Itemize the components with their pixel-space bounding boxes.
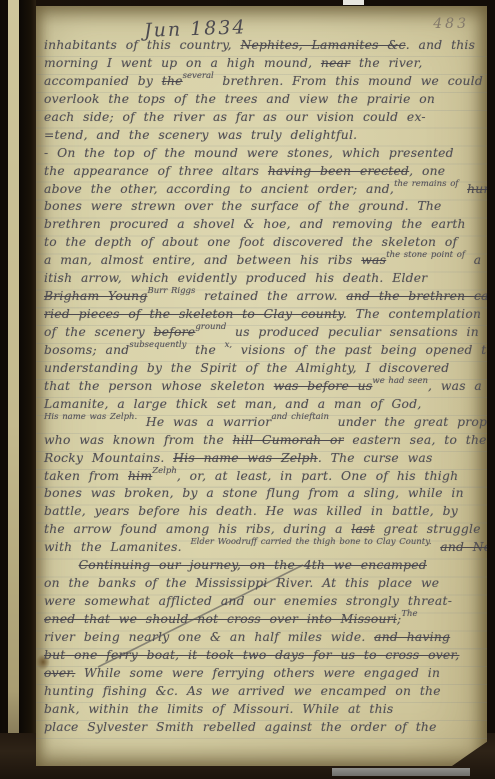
handwritten-text: bank, within the limits of Missouri. Whi… — [44, 702, 394, 716]
struck-text: over. — [44, 666, 75, 680]
manuscript-line: above the other, according to ancient or… — [44, 181, 482, 199]
handwritten-text: on the banks of the Mississippi River. A… — [44, 576, 439, 590]
manuscript-line: hunting fishing &c. As we arrived we enc… — [44, 683, 482, 701]
struck-text: near — [321, 56, 350, 70]
manuscript-line: river being nearly one & an half miles w… — [44, 629, 482, 647]
struck-text: and the brethren carr- — [346, 289, 495, 303]
struck-text: ried pieces of the skeleton to Clay coun… — [44, 307, 343, 321]
manuscript-line: taken from himZelph, or, at least, in pa… — [44, 468, 482, 486]
handwritten-text: the river, — [350, 56, 422, 70]
adjacent-page-edge — [8, 0, 19, 768]
handwritten-text: bosoms; and — [44, 343, 129, 357]
handwritten-text: the appearance of three altars — [44, 164, 268, 178]
manuscript-line: =tend, and the scenery was truly delight… — [44, 127, 482, 145]
handwritten-text: place Sylvester Smith rebelled against t… — [44, 720, 437, 734]
interlinear-insertion: The — [401, 606, 417, 624]
struck-text: and having — [374, 630, 450, 644]
interlinear-insertion: subsequently — [129, 337, 186, 355]
interlinear-insertion: His name was Zelph. — [44, 409, 137, 427]
handwritten-text — [432, 540, 441, 554]
manuscript-line: place Sylvester Smith rebelled against t… — [44, 719, 482, 737]
struck-text: hill Cumorah or — [233, 433, 344, 447]
manuscript-line: inhabitants of this country, Nephites, L… — [44, 37, 482, 55]
handwritten-text: =tend, and the scenery was truly delight… — [44, 128, 357, 142]
handwritten-text — [44, 558, 79, 572]
struck-text: but one ferry boat, it took two days for… — [44, 648, 459, 662]
manuscript-line: a man, almost entire, and between his ri… — [44, 252, 482, 270]
interlinear-insertion: Elder Woodruff carried the thigh bone to… — [190, 534, 431, 552]
handwritten-text: who was known from the — [44, 433, 233, 447]
handwritten-text: eastern sea, to the — [344, 433, 487, 447]
handwritten-text: retained the arrow. — [195, 289, 346, 303]
manuscript-line: who was known from the hill Cumorah or e… — [44, 432, 482, 450]
manuscript-body: inhabitants of this country, Nephites, L… — [44, 37, 482, 737]
handwritten-text: that the person whose skeleton — [44, 379, 274, 393]
manuscript-line: bones was broken, by a stone flung from … — [44, 485, 482, 503]
struck-text: was — [361, 253, 386, 267]
manuscript-line: bosoms; andsubsequently the x, visions o… — [44, 342, 482, 360]
handwritten-text: . The contemplation — [343, 307, 481, 321]
struck-text: having been erected — [268, 164, 409, 178]
handwritten-text: , or, at least, in part. One of his thig… — [177, 469, 458, 483]
handwritten-text: each side; of the river as far as our vi… — [44, 110, 426, 124]
struck-text: Brigham Young — [44, 289, 147, 303]
handwritten-text: inhabitants of this country, — [44, 38, 240, 52]
interlinear-insertion: Burr Riggs — [147, 283, 195, 301]
handwritten-text: above the other, according to ancient or… — [44, 182, 394, 196]
manuscript-line: but one ferry boat, it took two days for… — [44, 647, 482, 665]
handwritten-text: overlook the tops of the trees and view … — [44, 92, 435, 106]
page-number: 483 — [433, 16, 469, 32]
handwritten-text: battle, years before his death. He was k… — [44, 504, 458, 518]
handwritten-text: hunting fishing &c. As we arrived we enc… — [44, 684, 441, 698]
handwritten-text: itish arrow, which evidently produced hi… — [44, 271, 427, 285]
handwritten-text: . The curse was — [318, 451, 433, 465]
manuscript-line: Continuing our journey, on the 4th we en… — [44, 557, 482, 575]
manuscript-line: itish arrow, which evidently produced hi… — [44, 270, 482, 288]
bottom-table-edge — [332, 768, 470, 776]
manuscript-line: Brigham YoungBurr Riggs retained the arr… — [44, 288, 482, 306]
struck-text: Nephites, Lamanites &c — [240, 38, 405, 52]
handwritten-text: brethren. From this mound we could — [214, 74, 483, 88]
manuscript-line: ened that we should not cross over into … — [44, 611, 482, 629]
handwritten-text: a man, almost entire, and between his ri… — [44, 253, 361, 267]
handwritten-text: While some were ferrying others were eng… — [75, 666, 440, 680]
handwritten-text: taken from — [44, 469, 128, 483]
manuscript-line: His name was Zelph. He was a warriorand … — [44, 414, 482, 432]
handwritten-text: accompanied by — [44, 74, 162, 88]
manuscript-line: morning I went up on a high mound, near … — [44, 55, 482, 73]
manuscript-line: that the person whose skeleton was befor… — [44, 378, 482, 396]
manuscript-line: accompanied by theseveral brethren. From… — [44, 73, 482, 91]
manuscript-line: of the scenery beforeground us produced … — [44, 324, 482, 342]
manuscript-line: ried pieces of the skeleton to Clay coun… — [44, 306, 482, 324]
top-paper-notch — [343, 0, 364, 5]
manuscript-line: with the Lamanites. Elder Woodruff carri… — [44, 539, 482, 557]
handwritten-text: brethren procured a shovel & hoe, and re… — [44, 217, 466, 231]
handwritten-text: river being nearly one & an half miles w… — [44, 630, 374, 644]
handwritten-text: under the great prophet Onandagus, — [329, 415, 495, 429]
manuscript-line: Rocky Mountains. His name was Zelph. The… — [44, 450, 482, 468]
interlinear-insertion: the remains of — [394, 176, 458, 194]
manuscript-line: on the banks of the Mississippi River. A… — [44, 575, 482, 593]
struck-text: Continuing our journey, on the 4th we en… — [79, 558, 427, 572]
manuscript-line: over. While some were ferrying others we… — [44, 665, 482, 683]
interlinear-insertion: the stone point of — [386, 247, 465, 265]
manuscript-line: brethren procured a shovel & hoe, and re… — [44, 216, 482, 234]
manuscript-line: overlook the tops of the trees and view … — [44, 91, 482, 109]
manuscript-line: bank, within the limits of Missouri. Whi… — [44, 701, 482, 719]
handwritten-text: the — [186, 343, 224, 357]
interlinear-insertion: x, — [225, 337, 233, 355]
handwritten-text: bones were strewn over the surface of th… — [44, 199, 442, 213]
book-gutter-shadow — [19, 0, 36, 770]
manuscript-line: - On the top of the mound were stones, w… — [44, 145, 482, 163]
struck-text: the — [162, 74, 183, 88]
manuscript-line: battle, years before his death. He was k… — [44, 503, 482, 521]
interlinear-insertion: we had seen — [372, 373, 428, 391]
handwritten-text — [458, 182, 467, 196]
handwritten-text: with the Lamanites. — [44, 540, 190, 554]
handwritten-text: . and this — [406, 38, 475, 52]
struck-text: him — [128, 469, 152, 483]
manuscript-line: each side; of the river as far as our vi… — [44, 109, 482, 127]
handwritten-text: visions of the past being opened to my — [232, 343, 495, 357]
struck-text: was before us — [274, 379, 373, 393]
handwritten-text: were somewhat afflicted and our enemies … — [44, 594, 452, 608]
interlinear-insertion: ground — [195, 319, 226, 337]
handwritten-text: , was a white — [428, 379, 495, 393]
interlinear-insertion: several — [183, 68, 214, 86]
handwritten-text: bones was broken, by a stone flung from … — [44, 486, 464, 500]
handwritten-text: He was a warrior — [137, 415, 271, 429]
handwritten-text: - On the top of the mound were stones, w… — [44, 146, 454, 160]
manuscript-line: bones were strewn over the surface of th… — [44, 198, 482, 216]
interlinear-insertion: Zelph — [152, 463, 177, 481]
handwritten-text: us produced peculiar sensations in our — [226, 325, 495, 339]
struck-text: His name was Zelph — [173, 451, 318, 465]
interlinear-insertion: and chieftain — [271, 409, 329, 427]
journal-page: Jun 1834 483 inhabitants of this country… — [36, 6, 487, 766]
struck-text: and Nephites — [440, 540, 495, 554]
struck-text: ened that we should not cross over into … — [44, 612, 397, 626]
